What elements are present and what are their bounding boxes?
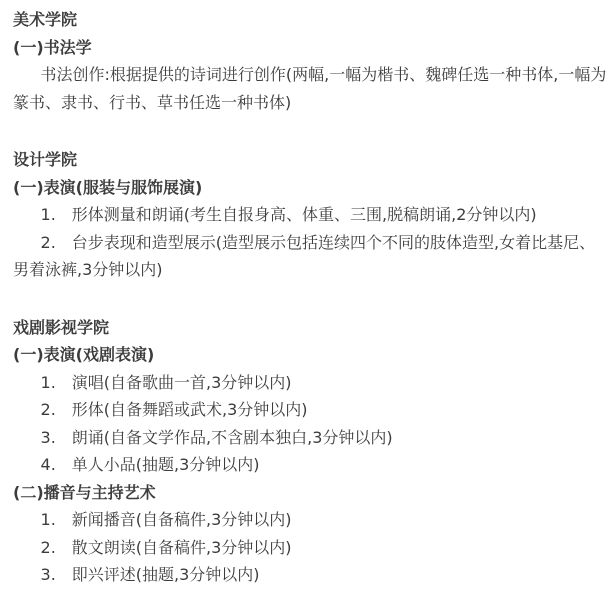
list-item: 1. 形体测量和朗诵(考生自报身高、体重、三围,脱稿朗诵,2分钟以内) [13, 201, 610, 229]
document-page: 美术学院 (一)书法学 书法创作:根据提供的诗词进行创作(两幅,一幅为楷书、魏碑… [0, 0, 616, 589]
list-item: 3. 即兴评述(抽题,3分钟以内) [13, 561, 610, 589]
list-item: 1. 演唱(自备歌曲一首,3分钟以内) [13, 369, 610, 397]
subsection-heading-broadcasting-hosting: (二)播音与主持艺术 [13, 479, 610, 507]
subsection-heading-drama-performance: (一)表演(戏剧表演) [13, 341, 610, 369]
section-title-drama-film: 戏剧影视学院 [13, 314, 610, 342]
section-fine-arts: 美术学院 (一)书法学 书法创作:根据提供的诗词进行创作(两幅,一幅为楷书、魏碑… [13, 6, 610, 116]
paragraph-calligraphy-creation: 书法创作:根据提供的诗词进行创作(两幅,一幅为楷书、魏碑任选一种书体,一幅为篆书… [13, 61, 610, 116]
section-drama-film: 戏剧影视学院 (一)表演(戏剧表演) 1. 演唱(自备歌曲一首,3分钟以内) 2… [13, 314, 610, 589]
subsection-heading-calligraphy: (一)书法学 [13, 34, 610, 62]
section-title-design: 设计学院 [13, 146, 610, 174]
section-design: 设计学院 (一)表演(服装与服饰展演) 1. 形体测量和朗诵(考生自报身高、体重… [13, 146, 610, 284]
list-item: 3. 朗诵(自备文学作品,不含剧本独白,3分钟以内) [13, 424, 610, 452]
section-title-fine-arts: 美术学院 [13, 6, 610, 34]
list-item: 2. 台步表现和造型展示(造型展示包括连续四个不同的肢体造型,女着比基尼、男着泳… [13, 229, 610, 284]
list-item: 2. 形体(自备舞蹈或武术,3分钟以内) [13, 396, 610, 424]
subsection-heading-fashion-performance: (一)表演(服装与服饰展演) [13, 174, 610, 202]
list-item: 4. 单人小品(抽题,3分钟以内) [13, 451, 610, 479]
list-item: 2. 散文朗读(自备稿件,3分钟以内) [13, 534, 610, 562]
list-item: 1. 新闻播音(自备稿件,3分钟以内) [13, 506, 610, 534]
